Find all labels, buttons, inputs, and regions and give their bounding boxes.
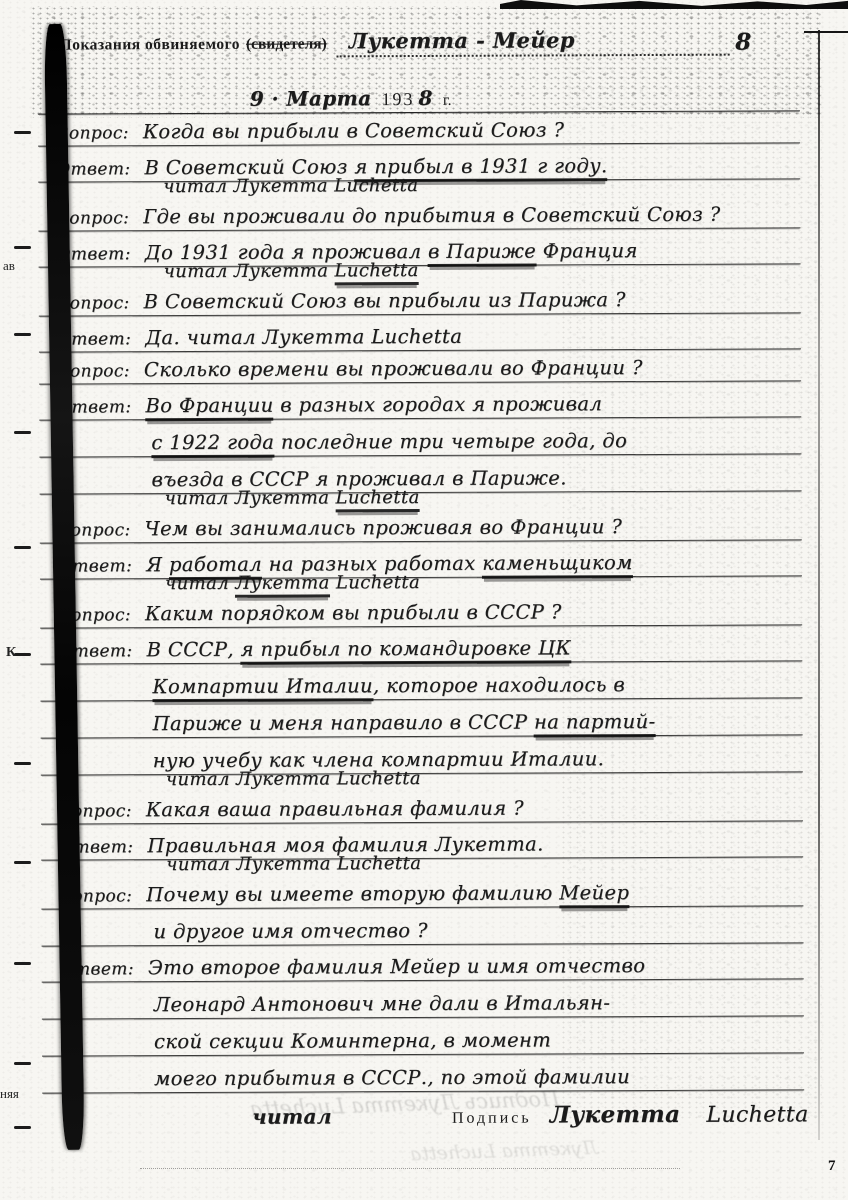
line-text: Компартии Италии, которое находилось в	[152, 673, 625, 698]
text-segment: Где вы проживали до прибытия в Советский…	[143, 203, 720, 229]
edge-tick	[14, 962, 31, 965]
text-segment: Во Франции	[145, 394, 273, 422]
page-number: 8	[735, 29, 752, 56]
text-segment: В СССР,	[146, 638, 240, 661]
document-line: Ответ: Во Франции в разных городах я про…	[39, 381, 801, 420]
text-segment: и другое имя отчество ?	[153, 919, 427, 943]
edge-tick	[14, 861, 31, 864]
text-segment: в разных городах я проживал	[274, 392, 603, 416]
text-segment: каменьщиком	[482, 551, 633, 579]
line-text: Каким порядком вы прибыли в СССР ?	[145, 600, 562, 625]
line-text: читал Лукетта Luchetta	[163, 175, 418, 197]
text-segment: читал Лукетта	[165, 487, 336, 509]
date-day-month: 9 · Марта	[250, 86, 372, 111]
date-year-digit: 8	[418, 86, 432, 110]
signature-cyrillic: Лукетта	[550, 1101, 681, 1129]
text-segment: Да. читал Лукетта Luchetta	[145, 325, 462, 349]
signature-line: читал Подпись Лукетта Luchetta	[42, 1100, 804, 1145]
scanned-document-page: ав К няя 7 Показания обвиняемого (свидет…	[0, 0, 848, 1200]
document-line: ную учебу как члена компартии Италии.	[41, 735, 803, 775]
line-text: Когда вы прибыли в Советский Союз ?	[143, 118, 565, 143]
text-segment: Когда вы прибыли в Советский Союз ?	[143, 118, 565, 143]
edge-tick	[14, 431, 31, 434]
edge-tick	[14, 1062, 31, 1065]
text-segment: читал Лукетта Luchetta	[166, 853, 421, 875]
document-line: Компартии Италии, которое находилось в	[40, 661, 802, 701]
line-text: читал Лукетта Luchetta	[165, 487, 420, 509]
edge-tick	[14, 653, 31, 656]
document-line: Вопрос: Когда вы прибыли в Советский Сою…	[38, 111, 800, 146]
line-text: Да. читал Лукетта Luchetta	[145, 325, 462, 349]
date-year-printed: 193	[381, 89, 414, 110]
line-text: и другое имя отчество ?	[153, 919, 427, 943]
text-segment: Леонард Антонович мне дали в Итальян-	[154, 991, 611, 1016]
line-text: Где вы проживали до прибытия в Советский…	[143, 203, 720, 229]
margin-note: К	[6, 645, 16, 661]
line-text: В Советский Союз вы прибыли из Парижа ?	[144, 288, 626, 313]
line-text: с 1922 года последние три четыре года, д…	[151, 429, 627, 454]
line-text: читал Лукетта Luchetta	[166, 853, 421, 875]
line-text: Это второе фамилия Мейер и имя отчество	[148, 954, 646, 979]
line-text: Сколько времени вы проживали во Франции …	[144, 356, 643, 381]
margin-note: няя	[0, 1086, 19, 1102]
edge-tick	[14, 131, 31, 134]
document-line: Вопрос: В Советский Союз вы прибыли из П…	[39, 281, 801, 316]
scan-top-edge-smear	[500, 0, 848, 9]
text-segment: Мейер	[559, 881, 629, 908]
document-line: Ответ: Правильная моя фамилия Лукетта.	[41, 821, 803, 860]
edge-tick	[14, 546, 31, 549]
text-segment: на партий-	[534, 710, 656, 738]
document-line: Вопрос: Каким порядком вы прибыли в СССР…	[40, 593, 802, 628]
text-segment: Каким порядком вы прибыли в СССР ?	[145, 600, 562, 625]
page-right-rule	[818, 30, 820, 1140]
document-line: Ответ: В Советский Союз я прибыл в 1931 …	[38, 143, 800, 182]
text-segment: Luchetta	[330, 572, 420, 593]
document-line: Ответ: В СССР, я прибыл по командировке …	[40, 625, 802, 664]
text-segment: читал Лукетта Luchetta	[166, 768, 421, 790]
text-segment: Сколько времени вы проживали во Франции …	[144, 356, 643, 381]
line-text: читал Лукетта Luchetta	[165, 572, 420, 594]
text-segment: Какая ваша правильная фамилия ?	[146, 797, 524, 822]
document-line: Вопрос: Чем вы занимались проживая во Фр…	[40, 508, 802, 543]
edge-tick	[14, 1126, 31, 1129]
text-segment: читал Лукетта	[163, 175, 334, 197]
document-line: Вопрос: Где вы проживали до прибытия в С…	[38, 196, 800, 231]
document-line: Вопрос: Почему вы имеете вторую фамилию …	[41, 874, 803, 909]
document-content: Показания обвиняемого (свидетеля) Лукетт…	[38, 26, 805, 1145]
text-segment: Франция	[536, 239, 638, 262]
document-line: Ответ: Да. читал Лукетта Luchetta	[39, 313, 801, 352]
document-line: ской секции Коминтерна, в момент	[42, 1016, 804, 1056]
text-segment: Luchetta	[335, 487, 419, 512]
edge-tick	[14, 762, 31, 765]
signature-printed-label: Подпись	[452, 1110, 532, 1128]
document-line: въезда в СССР я проживал в Париже.	[39, 454, 801, 494]
text-segment: Чем вы занимались проживая во Франции ?	[145, 515, 623, 540]
text-segment: Luchetta	[334, 260, 418, 285]
line-text: моего прибытия в СССР., по этой фамилии	[154, 1065, 630, 1090]
text-segment: ской секции Коминтерна, в момент	[154, 1028, 551, 1053]
text-segment: Париже и меня направило в СССР	[153, 711, 535, 736]
line-text: Во Франции в разных городах я проживал	[145, 392, 602, 417]
document-line: с 1922 года последние три четыре года, д…	[39, 417, 801, 457]
text-segment: Luchetta	[334, 175, 418, 196]
text-segment: с 1922 года	[151, 431, 274, 459]
text-segment: читал Лукетта	[164, 260, 335, 282]
line-text: Париже и меня направило в СССР на партий…	[153, 710, 656, 735]
qa-rows: Вопрос: Когда вы прибыли в Советский Сою…	[38, 111, 804, 1093]
margin-note: ав	[3, 258, 15, 274]
text-segment: я прибыл по командировке ЦК	[241, 636, 572, 664]
date-year-suffix: г.	[443, 92, 452, 110]
text-segment: читал	[165, 573, 235, 594]
header-printed-label: Показания обвиняемого	[60, 36, 240, 55]
line-text: читал Лукетта Luchetta	[164, 260, 419, 282]
text-segment: Лукетта	[235, 572, 330, 597]
edge-tick	[14, 333, 31, 336]
signature-latin: Luchetta	[706, 1102, 808, 1127]
text-segment: последние три четыре года, до	[274, 429, 627, 454]
line-text: Почему вы имеете вторую фамилию Мейер	[146, 881, 629, 906]
text-segment: В Советский Союз вы прибыли из Парижа ?	[144, 288, 626, 313]
line-text: Какая ваша правильная фамилия ?	[146, 797, 524, 822]
document-line: моего прибытия в СССР., по этой фамилии	[42, 1053, 804, 1093]
document-line: и другое имя отчество ?	[41, 906, 803, 946]
footer-corner-mark: 7	[828, 1158, 836, 1175]
text-segment: Это второе фамилия Мейер и имя отчество	[148, 954, 646, 979]
document-line: Ответ: Я работал на разных работах камен…	[40, 540, 802, 579]
line-text: Чем вы занимались проживая во Франции ?	[145, 515, 623, 540]
document-line: Вопрос: Какая ваша правильная фамилия ?	[41, 789, 803, 824]
document-line: Ответ: До 1931 года я проживал в Париже …	[38, 228, 800, 267]
date-line: 9 · Марта 193 8 г.	[38, 72, 800, 114]
line-text: читал Лукетта Luchetta	[166, 768, 421, 790]
document-line: Париже и меня направило в СССР на партий…	[41, 698, 803, 738]
document-header: Показания обвиняемого (свидетеля) Лукетт…	[38, 26, 800, 75]
line-text: В СССР, я прибыл по командировке ЦК	[146, 636, 571, 661]
header-name-underline: Лукетта - Мейер	[337, 27, 730, 58]
line-text: ской секции Коминтерна, в момент	[154, 1028, 551, 1053]
document-line: Вопрос: Сколько времени вы проживали во …	[39, 349, 801, 384]
read-note: читал	[252, 1104, 332, 1128]
page-top-corner-rule	[804, 31, 848, 33]
text-segment: в Париже	[428, 239, 536, 266]
header-struck-word: (свидетеля)	[246, 35, 327, 53]
header-name-written: Лукетта - Мейер	[337, 27, 575, 53]
edge-tick	[14, 246, 31, 249]
document-line: Ответ: Это второе фамилия Мейер и имя от…	[42, 943, 804, 982]
line-text: Леонард Антонович мне дали в Итальян-	[154, 991, 611, 1016]
text-segment: , которое находилось в	[373, 673, 625, 697]
document-line: Леонард Антонович мне дали в Итальян-	[42, 979, 804, 1019]
text-segment: Почему вы имеете вторую фамилию	[146, 881, 559, 906]
text-segment: Компартии Италии	[152, 674, 373, 702]
text-segment: моего прибытия в СССР., по этой фамилии	[154, 1065, 630, 1090]
